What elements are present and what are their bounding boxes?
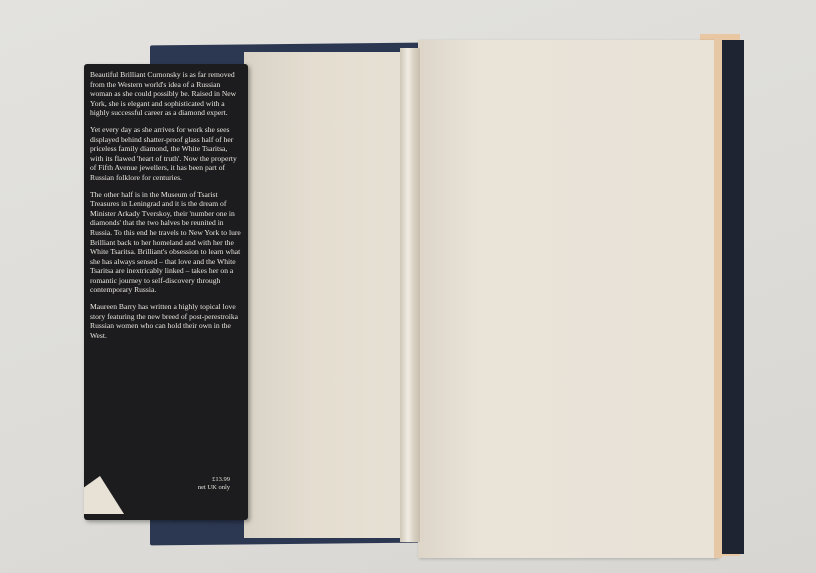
price: £13.99	[198, 476, 230, 484]
blurb-paragraph: The other half is in the Museum of Tsari…	[90, 190, 242, 296]
dust-jacket-flap: Beautiful Brilliant Curnonsky is as far …	[84, 64, 248, 520]
left-endpaper	[244, 52, 419, 538]
blurb-paragraph: Beautiful Brilliant Curnonsky is as far …	[90, 70, 242, 118]
book-hinge	[400, 48, 420, 542]
page-edge	[714, 38, 722, 558]
right-endpaper	[418, 40, 718, 558]
blurb-paragraph: Maureen Barry has written a highly topic…	[90, 302, 242, 340]
flap-blurb: Beautiful Brilliant Curnonsky is as far …	[90, 70, 242, 347]
price-label: £13.99 net UK only	[198, 476, 230, 492]
blurb-paragraph: Yet every day as she arrives for work sh…	[90, 125, 242, 183]
price-note: net UK only	[198, 484, 230, 492]
